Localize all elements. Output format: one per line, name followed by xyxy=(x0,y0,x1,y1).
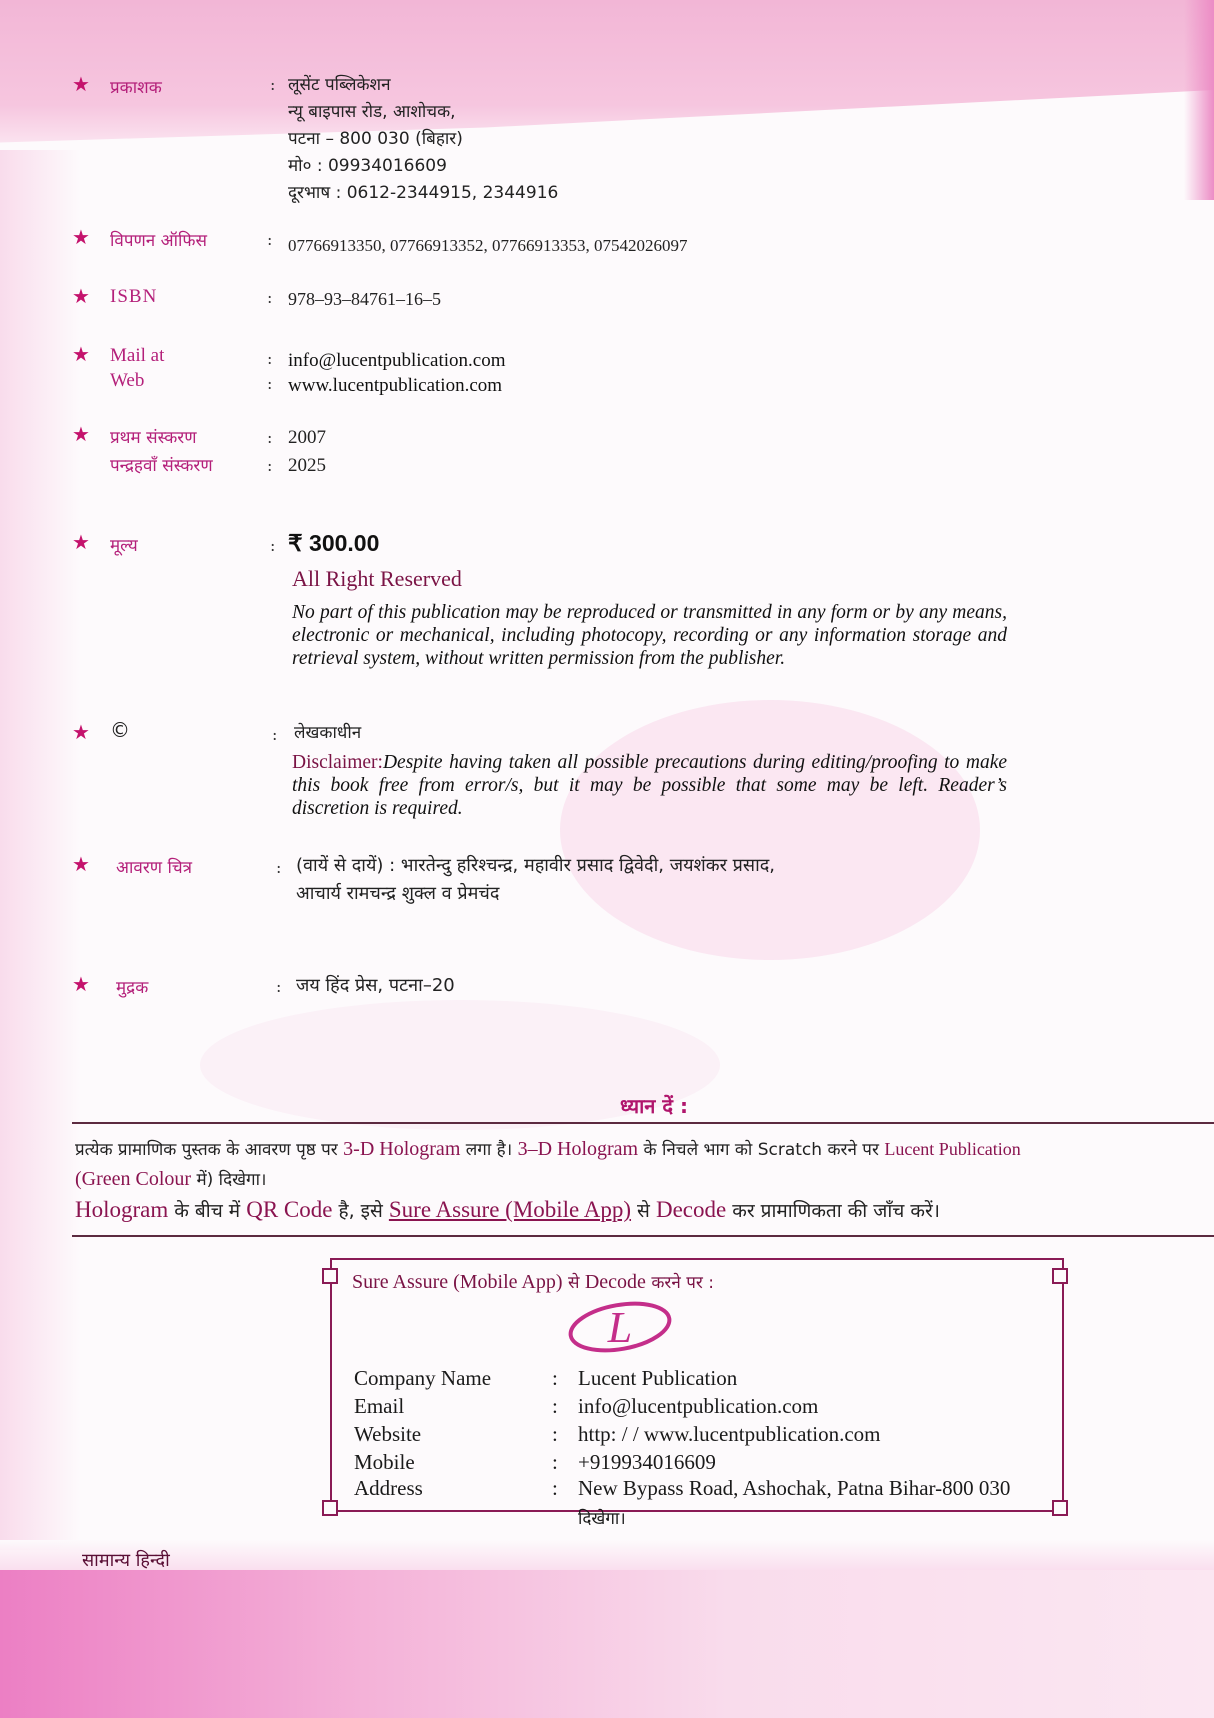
star-icon: ★ xyxy=(72,972,90,996)
rights-heading: All Right Reserved xyxy=(292,565,462,592)
detail-label: Web xyxy=(110,370,144,392)
page-header-band xyxy=(0,0,1214,150)
corner-ornament xyxy=(322,1268,338,1284)
page-edge-band xyxy=(1184,0,1214,200)
website-link[interactable]: www.lucentpublication.com xyxy=(288,372,502,399)
page-left-tint xyxy=(0,150,80,1550)
colon: : xyxy=(552,1366,558,1391)
detail-label: प्रथम संस्करण xyxy=(110,425,197,448)
star-icon: ★ xyxy=(72,720,90,744)
detail-label: मूल्य xyxy=(110,533,138,556)
detail-key: Address xyxy=(354,1476,423,1501)
star-icon: ★ xyxy=(72,422,90,446)
detail-label: प्रकाशक xyxy=(110,75,162,98)
star-icon: ★ xyxy=(72,225,90,249)
colon: : xyxy=(552,1422,558,1447)
price-value: ₹ 300.00 xyxy=(288,530,379,557)
detail-label: मुद्रक xyxy=(116,975,148,998)
star-icon: ★ xyxy=(72,852,90,876)
detail-label: आवरण चित्र xyxy=(116,855,192,878)
colon: : xyxy=(267,456,272,475)
detail-value: लूसेंट पब्लिकेशन न्यू बाइपास रोड, आशोचक,… xyxy=(288,72,558,207)
corner-ornament xyxy=(322,1500,338,1516)
star-icon: ★ xyxy=(72,530,90,554)
detail-value: 2025 xyxy=(288,452,326,479)
colon: : xyxy=(267,230,272,249)
page-footer-band xyxy=(0,1570,1214,1718)
corner-ornament xyxy=(1052,1268,1068,1284)
email-value[interactable]: info@lucentpublication.com xyxy=(578,1394,818,1419)
notice-line-1: प्रत्येक प्रामाणिक पुस्तक के आवरण पृष्ठ … xyxy=(75,1135,1214,1165)
colon: : xyxy=(552,1394,558,1419)
divider xyxy=(72,1122,1214,1124)
website-value[interactable]: http: / / www.lucentpublication.com xyxy=(578,1422,881,1447)
notice-line-2: (Green Colour में) दिखेगा। xyxy=(75,1165,1214,1195)
colon: : xyxy=(270,75,275,94)
svg-text:L: L xyxy=(607,1303,632,1352)
lucent-logo: L xyxy=(565,1300,675,1354)
colon: : xyxy=(267,288,272,307)
star-icon: ★ xyxy=(72,72,90,96)
detail-value: 07766913350, 07766913352, 07766913353, 0… xyxy=(288,232,688,259)
verification-title: Sure Assure (Mobile App) से Decode करने … xyxy=(352,1270,714,1294)
corner-ornament xyxy=(1052,1500,1068,1516)
colon: : xyxy=(552,1450,558,1475)
email-link[interactable]: info@lucentpublication.com xyxy=(288,347,505,374)
detail-value: 2007 xyxy=(288,424,326,451)
company-name-value: Lucent Publication xyxy=(578,1366,737,1391)
star-icon: ★ xyxy=(72,342,90,366)
detail-label: ISBN xyxy=(110,286,157,308)
notice-title: ध्यान दें : xyxy=(620,1092,688,1119)
divider xyxy=(72,1235,1214,1237)
detail-value: 978–93–84761–16–5 xyxy=(288,286,441,313)
notice-text: प्रत्येक प्रामाणिक पुस्तक के आवरण पृष्ठ … xyxy=(75,1135,1214,1226)
petal-decoration xyxy=(560,700,980,960)
detail-key: Mobile xyxy=(354,1450,415,1475)
colon: : xyxy=(267,349,272,368)
colon: : xyxy=(276,977,281,996)
colon: : xyxy=(267,428,272,447)
rights-paragraph: No part of this publication may be repro… xyxy=(292,601,1007,670)
mobile-value: +919934016609 xyxy=(578,1450,716,1475)
disclaimer-label: Disclaimer: xyxy=(292,752,383,773)
colon: : xyxy=(270,536,275,555)
detail-label: Mail at xyxy=(110,345,164,367)
detail-value: लेखकाधीन xyxy=(294,720,361,747)
colon: : xyxy=(552,1476,558,1501)
address-value: New Bypass Road, Ashochak, Patna Bihar-8… xyxy=(578,1476,1010,1501)
colon: : xyxy=(272,725,277,744)
notice-line-3: Hologram के बीच में QR Code है, इसे Sure… xyxy=(75,1195,1214,1226)
colon: : xyxy=(276,858,281,877)
copyright-icon: © xyxy=(110,718,130,742)
detail-value: (वायें से दायें) : भारतेन्दु हरिश्चन्द्र… xyxy=(296,852,775,908)
sure-assure-link[interactable]: Sure Assure (Mobile App) xyxy=(389,1197,631,1222)
colon: : xyxy=(267,374,272,393)
detail-key: Email xyxy=(354,1394,404,1419)
star-icon: ★ xyxy=(72,284,90,308)
footer-subject: सामान्य हिन्दी xyxy=(82,1548,170,1572)
detail-value: जय हिंद प्रेस, पटना–20 xyxy=(296,972,455,999)
detail-key: Website xyxy=(354,1422,421,1447)
trailing-text: दिखेगा। xyxy=(578,1506,626,1529)
detail-key: Company Name xyxy=(354,1366,491,1391)
detail-label: विपणन ऑफिस xyxy=(110,228,207,251)
detail-label: पन्द्रहवाँ संस्करण xyxy=(110,453,213,476)
disclaimer-paragraph: Disclaimer:Despite having taken all poss… xyxy=(292,751,1007,820)
